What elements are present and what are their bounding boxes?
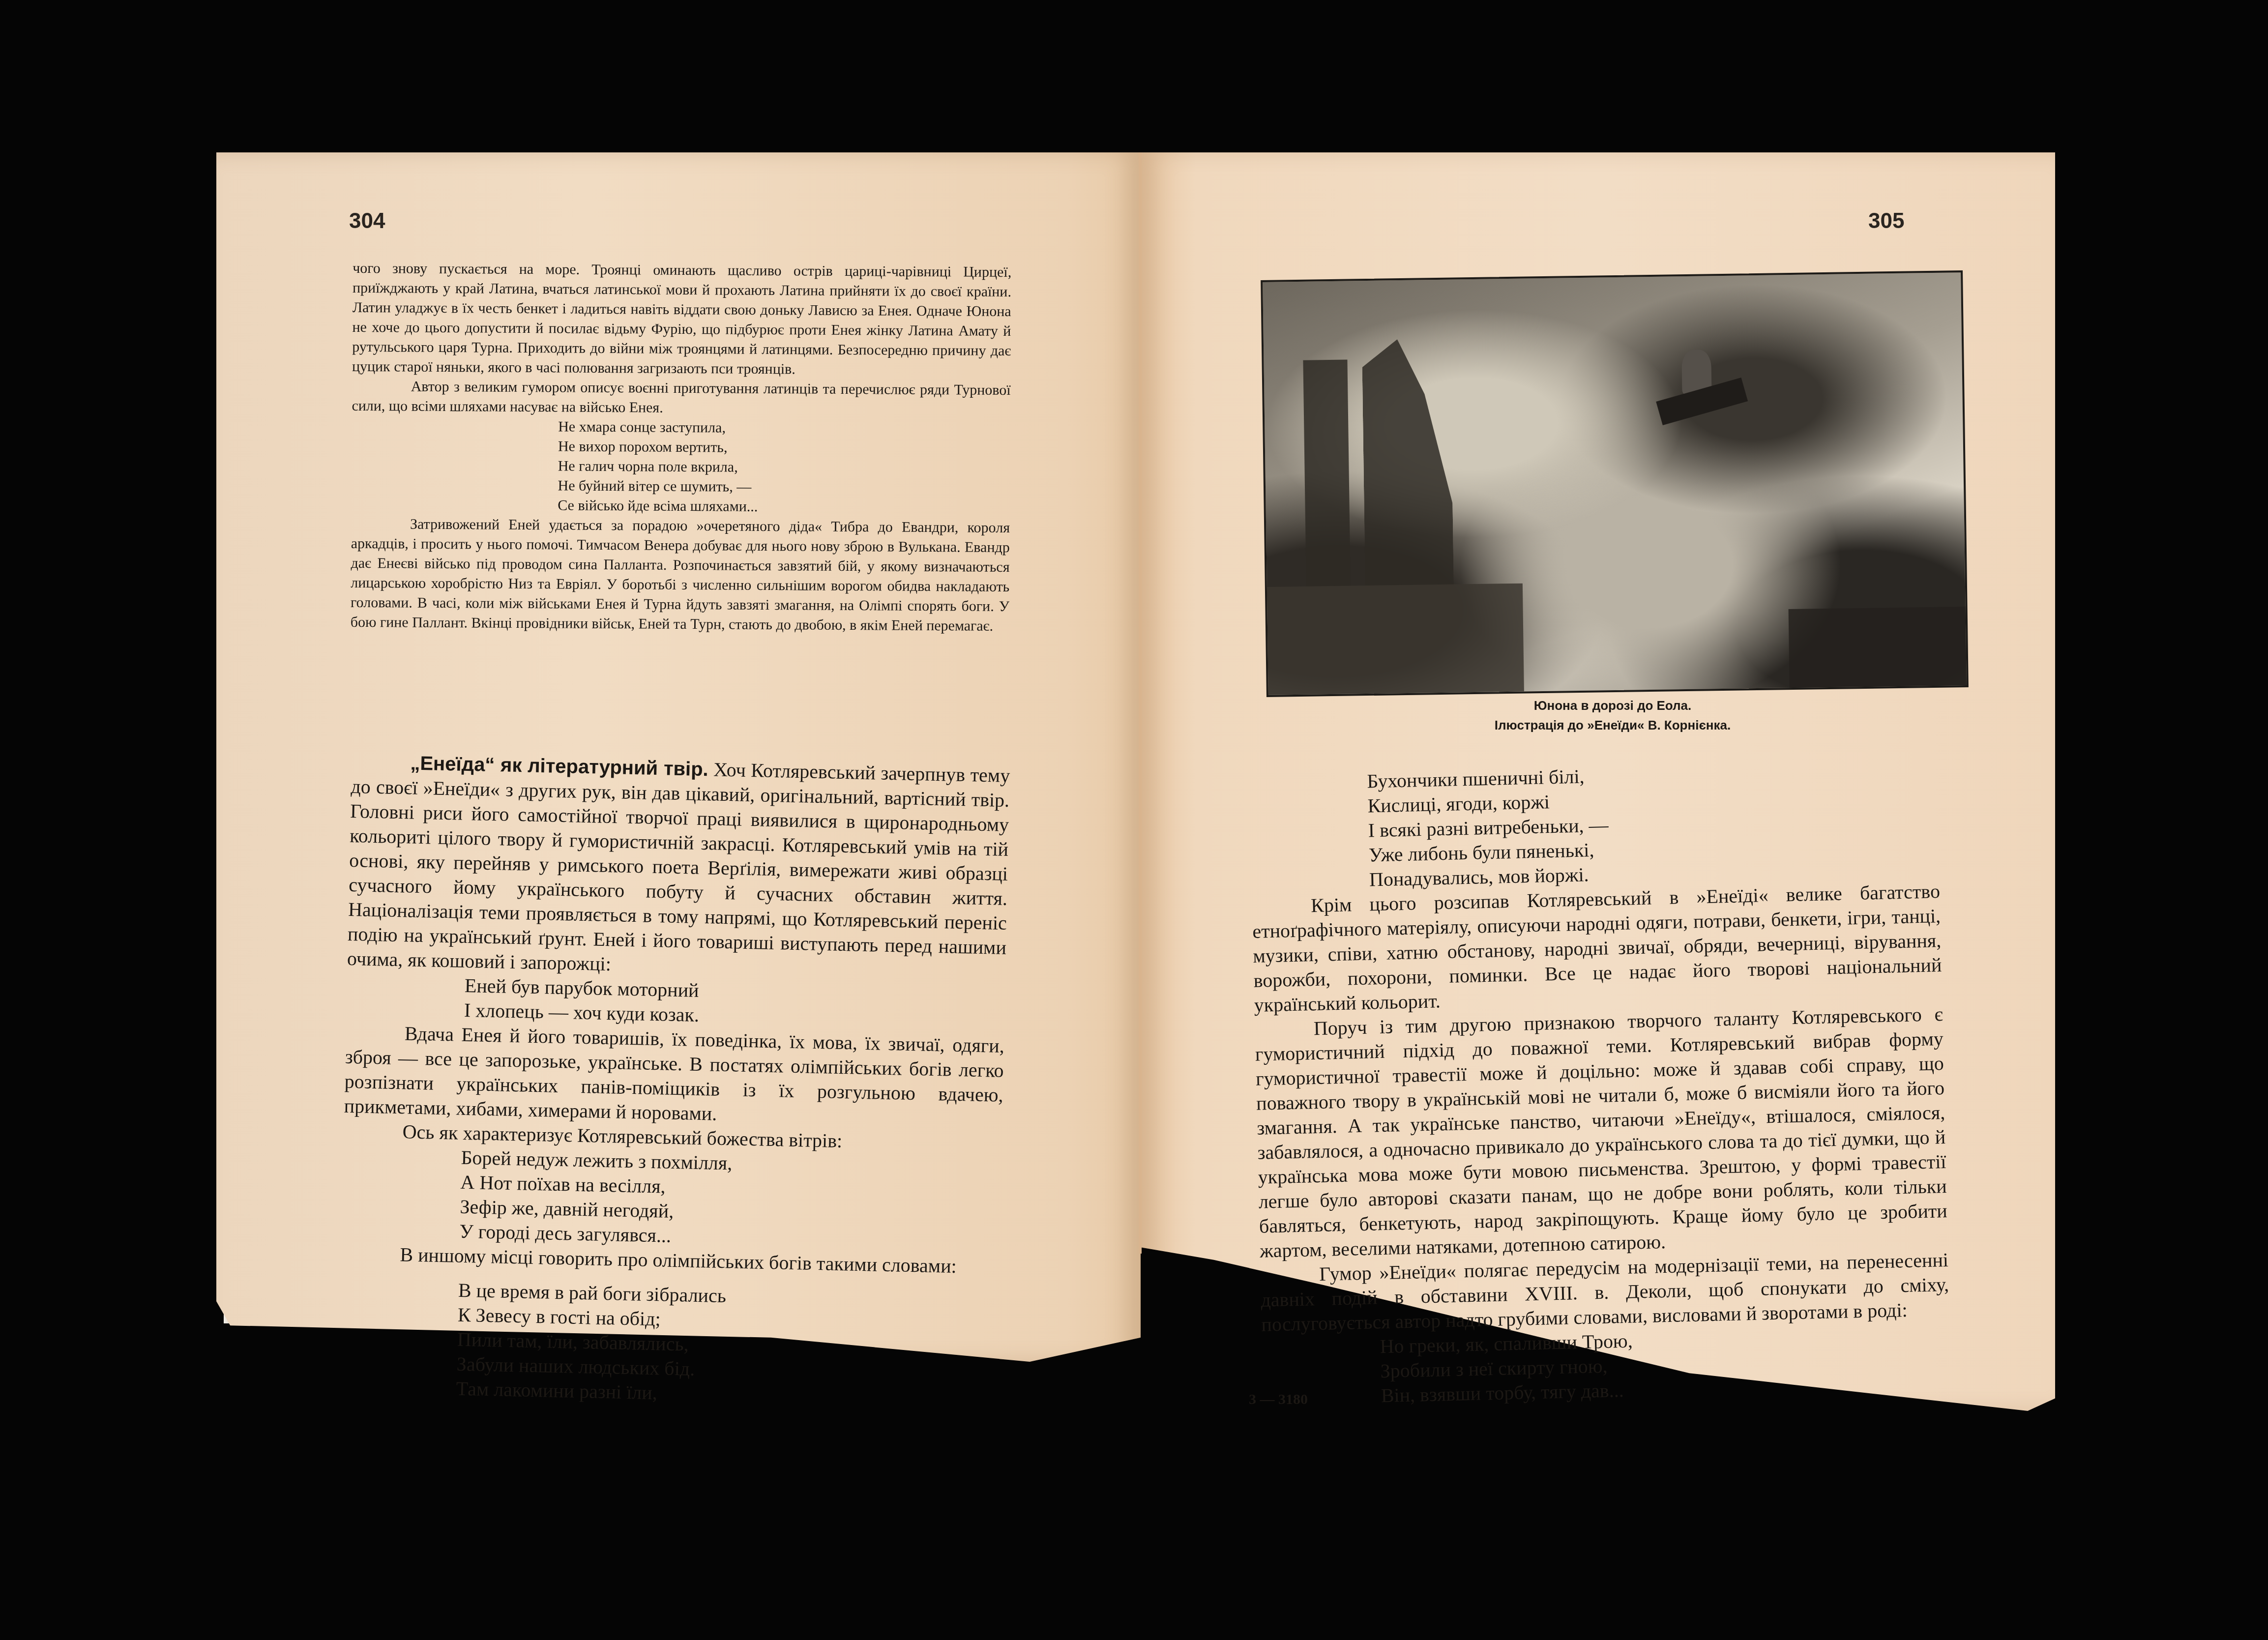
verse-block: Но греки, як, спаливши Трою, Зробили з н… <box>1380 1321 1951 1408</box>
page-number-left: 304 <box>349 209 385 234</box>
verse-block: В це время в рай боги зібрались К Зевесу… <box>456 1278 999 1412</box>
printer-signature: 3 — 3180 <box>1249 1391 1308 1408</box>
paragraph: Крім цього розсипав Котляревський в »Ене… <box>1252 879 1943 1018</box>
cliff-shape <box>1303 360 1351 616</box>
right-column: Бухончики пшеничні білі, Кислиці, ягоди,… <box>1249 756 1951 1410</box>
verse-block: Не хмара сонце заступила, Не вихор порох… <box>558 417 1010 518</box>
paragraph: Автор з великим гумором описує воєнні пр… <box>352 377 1010 420</box>
trees-shape <box>1789 607 1967 688</box>
illustration-caption-credit: Ілюстрація до »Енеїди« В. Корнієнка. <box>1259 718 1967 733</box>
cliff-shape <box>1362 339 1454 615</box>
left-top-column: чого знову пускається на море. Троянці о… <box>351 259 1012 636</box>
verse-line: Не буйний вітер се шумить, — <box>558 476 1010 498</box>
section-text: Хоч Котляревський зачерпнув тему до своє… <box>347 758 1010 975</box>
illustration-image <box>1261 270 1969 697</box>
verse-line: Не хмара сонце заступила, <box>558 417 1010 439</box>
book-spine <box>1139 152 1142 1254</box>
verse-block: Борей недуж лежить з похмілля, А Нот пої… <box>459 1145 1002 1255</box>
paragraph: Гумор »Енеїди« полягає передусім на моде… <box>1260 1248 1950 1337</box>
page-number-right: 305 <box>1868 209 1904 234</box>
open-book: 304 чого знову пускається на море. Троян… <box>0 0 2268 1640</box>
verse-block: Бухончики пшеничні білі, Кислиці, ягоди,… <box>1367 756 1940 892</box>
left-bottom-column: „Енеїда“ як літературний твір. Хоч Котля… <box>338 750 1010 1412</box>
paragraph: Затривожений Еней удається за порадою »о… <box>351 514 1010 636</box>
verse-line: Не галич чорна поле вкрила, <box>558 456 1010 479</box>
section-paragraph: „Енеїда“ як літературний твір. Хоч Котля… <box>347 750 1010 985</box>
verse-line: Не вихор порохом вертить, <box>558 437 1010 459</box>
paragraph: Вдача Енея й його товаришів, їх поведінк… <box>344 1020 1004 1132</box>
trees-shape <box>1267 584 1524 695</box>
paragraph: чого знову пускається на море. Троянці о… <box>352 259 1011 381</box>
verse-line: Се військо йде всіма шляхами... <box>558 496 1010 518</box>
section-heading: „Енеїда“ як літературний твір. <box>410 753 708 781</box>
paragraph: Поруч із тим другою признакою творчого т… <box>1254 1002 1948 1263</box>
illustration-caption-title: Юнона в дорозі до Еола. <box>1259 698 1967 713</box>
